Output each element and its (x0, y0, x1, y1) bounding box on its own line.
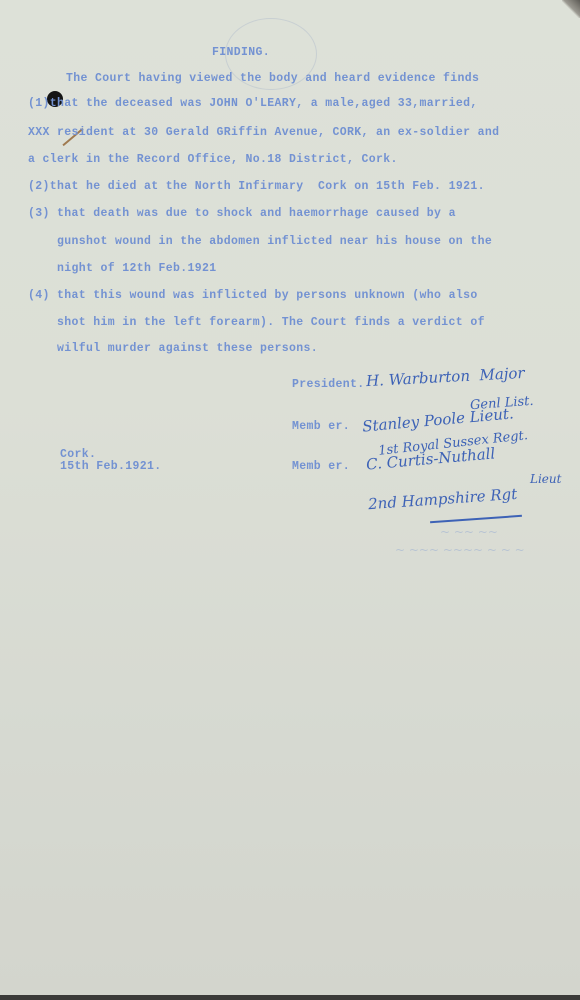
finding-3-line-1: (3) that death was due to shock and haem… (28, 207, 456, 220)
member-2-label: Memb er. (292, 460, 350, 473)
finding-4-line-3: wilful murder against these persons. (57, 342, 318, 355)
member-1-label: Memb er. (292, 420, 350, 433)
finding-1-line-1: (1)that the deceased was JOHN O'LEARY, a… (28, 97, 478, 110)
finding-4-line-2: shot him in the left forearm). The Court… (57, 316, 485, 329)
president-signature: H. Warburton Major (366, 364, 525, 390)
scan-bottom-edge (0, 995, 580, 1000)
date-text: 15th Feb.1921. (60, 460, 162, 473)
page-corner-fold (562, 0, 580, 18)
finding-3-line-2: gunshot wound in the abdomen inflicted n… (57, 235, 492, 248)
document-page: FINDING. The Court having viewed the bod… (0, 0, 580, 995)
finding-2-line-1: (2)that he died at the North Infirmary C… (28, 180, 485, 193)
signature-underline (430, 515, 522, 523)
document-heading: FINDING. (212, 46, 270, 59)
finding-3-line-3: night of 12th Feb.1921 (57, 262, 217, 275)
finding-1-line-3: a clerk in the Record Office, No.18 Dist… (28, 153, 398, 166)
finding-1-line-2: XXX resident at 30 Gerald GRiffin Avenue… (28, 126, 499, 139)
intro-text: The Court having viewed the body and hea… (66, 72, 479, 85)
member-2-unit: 2nd Hampshire Rgt (368, 485, 518, 513)
member-2-rank: Lieut (530, 472, 561, 486)
president-label: President. (292, 378, 365, 391)
faint-note-2: ~ ~~~ ~~~~ ~ ~ ~ (395, 543, 525, 557)
faint-note-1: ~ ~~ ~~ (440, 525, 498, 539)
finding-4-line-1: (4) that this wound was inflicted by per… (28, 289, 478, 302)
